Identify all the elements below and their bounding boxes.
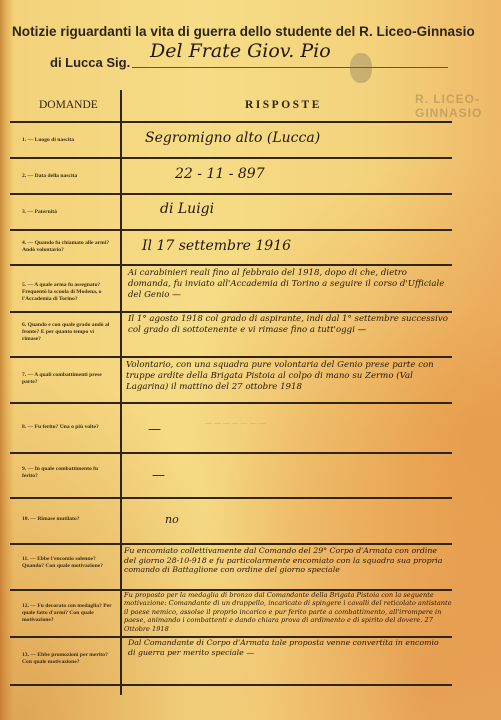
column-header-domande: DOMANDE — [39, 99, 98, 111]
question-9: 9. — In quale combattimento fu ferito? — [22, 466, 114, 480]
column-divider — [120, 90, 122, 695]
row-divider — [10, 684, 452, 686]
answer-1: Segromigno alto (Lucca) — [145, 130, 320, 146]
column-header-risposte: RISPOSTE — [245, 99, 322, 111]
crest-stamp-icon — [350, 53, 372, 83]
answer-7: Volontario, con una squadra pure volonta… — [126, 360, 448, 393]
row-divider — [10, 193, 452, 195]
question-12: 12. — Fu decorato con medaglia? Per qual… — [22, 603, 114, 623]
answer-6: Il 1° agosto 1918 col grado di aspirante… — [128, 314, 448, 336]
row-divider — [10, 157, 452, 159]
question-6: 6. Quando e con quale grado andò al fron… — [22, 322, 114, 342]
faint-stamp-text: R. LICEO-GINNASIO — [415, 92, 501, 120]
question-11: 11. — Ebbe l'encomio solenne? Quando? Co… — [22, 556, 114, 570]
answer-3: di Luigi — [160, 201, 214, 217]
document-title: Notizie riguardanti la vita di guerra de… — [12, 24, 475, 39]
row-divider — [10, 402, 452, 404]
question-4: 4. — Quando fu chiamato alle armi? Andò … — [22, 240, 114, 254]
question-7: 7. — A quali combattimenti prese parte? — [22, 372, 114, 386]
row-divider — [10, 497, 452, 499]
row-divider — [10, 311, 452, 313]
question-13: 13. — Ebbe promozioni per merito? Con qu… — [22, 652, 114, 666]
answer-12: Fu proposto per la medaglia di bronzo da… — [124, 591, 454, 633]
answer-8: — — [148, 422, 161, 437]
question-3: 3. — Paternità — [22, 209, 114, 216]
row-divider — [10, 229, 452, 231]
answer-2-text: 22 - 11 - 897 — [175, 166, 265, 182]
question-5: 5. — A quale arma fu assegnato? Frequent… — [22, 282, 114, 302]
answer-11: Fu encomiato collettivamente dal Comando… — [124, 546, 450, 575]
row-divider — [10, 356, 452, 358]
answer-13: Dal Comandante di Corpo d'Armata tale pr… — [128, 638, 448, 657]
bleed-through-text: — — — — — — — — [205, 420, 266, 427]
document-subtitle: di Lucca Sig. — [50, 55, 130, 70]
row-divider — [10, 264, 452, 266]
answer-10: no — [165, 513, 179, 526]
row-divider — [10, 452, 452, 454]
answer-9: — — [152, 468, 165, 483]
question-8: 8. — Fu ferito? Una o più volte? — [22, 424, 114, 431]
answer-4: Il 17 settembre 1916 — [142, 238, 291, 254]
row-divider — [10, 121, 452, 123]
row-divider — [10, 543, 452, 545]
name-underline — [132, 67, 448, 68]
question-1: 1. — Luogo di nascita — [22, 137, 114, 144]
answer-5: Ai carabinieri reali fino al febbraio de… — [128, 268, 446, 301]
student-name: Del Frate Giov. Pio — [150, 40, 331, 62]
question-10: 10. — Rimase mutilato? — [22, 516, 114, 523]
question-2: 2. — Data della nascita — [22, 173, 114, 180]
